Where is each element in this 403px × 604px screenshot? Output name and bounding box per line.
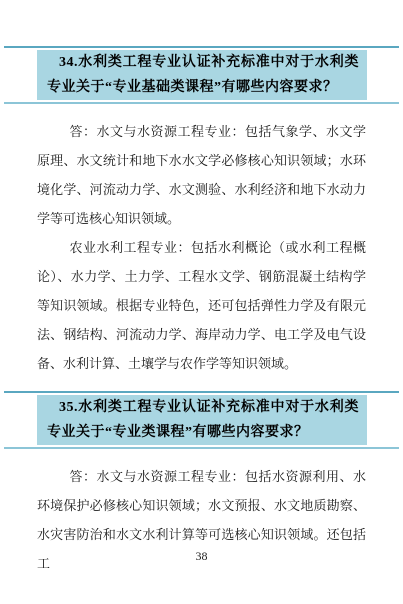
box-bottom-rule <box>4 447 399 449</box>
answer-paragraph: 答：水文与水资源工程专业：包括气象学、水文学原理、水文统计和地下水水文学必修核心… <box>37 117 366 233</box>
document-page: 34.水利类工程专业认证补充标准中对于水利类专业关于“专业基础类课程”有哪些内容… <box>0 0 403 604</box>
question-34-text: 34.水利类工程专业认证补充标准中对于水利类专业关于“专业基础类课程”有哪些内容… <box>47 50 359 100</box>
question-35-text: 35.水利类工程专业认证补充标准中对于水利类专业关于“专业类课程”有哪些内容要求… <box>47 395 359 445</box>
answer-paragraph: 农业水利工程专业：包括水利概论（或水利工程概论）、水力学、土力学、工程水文学、钢… <box>37 233 366 378</box>
question-box-fill: 34.水利类工程专业认证补充标准中对于水利类专业关于“专业基础类课程”有哪些内容… <box>37 50 367 100</box>
question-box-34: 34.水利类工程专业认证补充标准中对于水利类专业关于“专业基础类课程”有哪些内容… <box>0 46 403 104</box>
question-box-fill: 35.水利类工程专业认证补充标准中对于水利类专业关于“专业类课程”有哪些内容要求… <box>37 395 367 445</box>
box-bottom-rule <box>4 102 399 104</box>
question-box-35: 35.水利类工程专业认证补充标准中对于水利类专业关于“专业类课程”有哪些内容要求… <box>0 391 403 449</box>
page-number: 38 <box>0 549 403 564</box>
box-top-rule <box>4 46 399 48</box>
box-top-rule <box>4 391 399 393</box>
answer-block-34: 答：水文与水资源工程专业：包括气象学、水文学原理、水文统计和地下水水文学必修核心… <box>37 117 366 378</box>
